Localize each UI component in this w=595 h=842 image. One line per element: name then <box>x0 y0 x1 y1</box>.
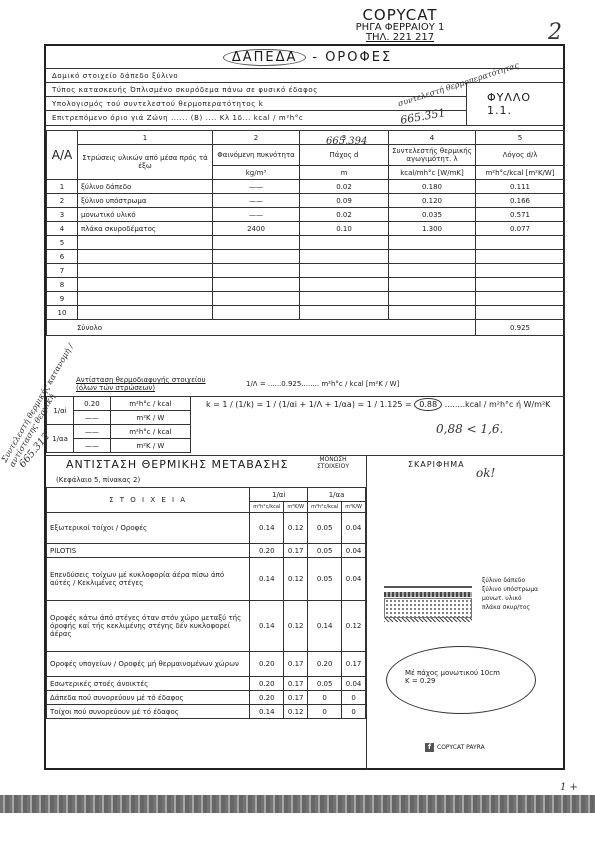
cell-a: 0.20 <box>250 677 284 691</box>
unit-density: kg/m³ <box>213 166 300 180</box>
alpha-cell: m²h°c / kcal <box>110 397 190 411</box>
table-row: 4πλάκα σκυροδέματος24000.101.3000.077 <box>47 222 565 236</box>
header-ratio: Λόγος d/λ <box>476 145 565 166</box>
form-title: ΔΑΠΕΔΑ - ΟΡΟΦΕΣ <box>46 46 563 69</box>
group-aa: 1/αa <box>308 488 366 502</box>
form-frame: ΔΑΠΕΔΑ - ΟΡΟΦΕΣ Δομικό στοιχείο δάπεδο ξ… <box>44 44 565 770</box>
transfer-col-header: Σ Τ Ο Ι Χ Ε Ι Α <box>47 488 250 513</box>
table-row: 10 <box>47 306 565 320</box>
cell-material: πλάκα σκυροδέματος <box>78 222 213 236</box>
cell-b: 0.12 <box>284 601 308 652</box>
cell-n: 5 <box>47 236 78 250</box>
ok-note: ok! <box>476 466 495 480</box>
cell-c: 0.05 <box>308 677 342 691</box>
cell-lambda: 0.180 <box>389 180 476 194</box>
alpha-row: 1/αi0.20m²h°c / kcal <box>47 397 191 411</box>
unit: m²h°c/kcal <box>250 502 284 513</box>
cell-lambda: 0.035 <box>389 208 476 222</box>
alpha-cell: m²K / W <box>110 411 190 425</box>
cell-lambda <box>389 278 476 292</box>
cell-label: Εσωτερικές στοές άνοικτές <box>47 677 250 691</box>
cell-density <box>213 292 300 306</box>
sheet-box: ΦΥΛΛΟ 1.1. <box>466 83 565 126</box>
header-thickness: Πάχος d <box>300 145 389 166</box>
cell-n: 7 <box>47 264 78 278</box>
cell-density <box>213 236 300 250</box>
transfer-row: Εξωτερικοί τοίχοι / Οροφές0.140.120.050.… <box>47 513 366 544</box>
cell-b: 0.17 <box>284 677 308 691</box>
cell-d <box>300 278 389 292</box>
transfer-row: Οροφές υπογείων / Οροφές μή θερμαινομένω… <box>47 652 366 677</box>
annotation-ref2: 665.394 <box>326 136 367 147</box>
cell-density <box>213 264 300 278</box>
table-row: 2ξύλινο υπόστρωμα——0.090.1200.166 <box>47 194 565 208</box>
cell-b: 0.17 <box>284 652 308 677</box>
alpha-cell: —— <box>74 425 111 439</box>
sketch-note: Μέ πάχος μονωτικού 10cm K = 0.29 <box>386 646 536 714</box>
alpha-cell: —— <box>74 411 111 425</box>
cell-a: 0.14 <box>250 705 284 719</box>
cell-density <box>213 250 300 264</box>
cell-d: 0.04 <box>342 544 366 558</box>
unit: m²h°c/kcal <box>308 502 342 513</box>
cell-n: 10 <box>47 306 78 320</box>
resistance-label: Αντίσταση θερμοδιαφυγής στοιχείου (όλων … <box>76 376 226 392</box>
alpha-table: 1/αi0.20m²h°c / kcal——m²K / W1/αa——m²h°c… <box>46 396 191 453</box>
cell-d: 0.02 <box>300 208 389 222</box>
cell-lambda <box>389 236 476 250</box>
cell-a: 0.20 <box>250 652 284 677</box>
cell-ratio <box>476 292 565 306</box>
check-note: 0,88 < 1,6. <box>436 422 503 436</box>
k-result: 0.88 <box>414 398 442 411</box>
cell-label: Οροφές υπογείων / Οροφές μή θερμαινομένω… <box>47 652 250 677</box>
table-row: 7 <box>47 264 565 278</box>
cell-a: 0.20 <box>250 691 284 705</box>
cell-d: 0.04 <box>342 677 366 691</box>
table-row: 3μονωτικό υλικό——0.020.0350.571 <box>47 208 565 222</box>
cell-material <box>78 278 213 292</box>
cell-label: PILOTIS <box>47 544 250 558</box>
cell-d <box>300 264 389 278</box>
cell-b: 0.12 <box>284 513 308 544</box>
title-circled: ΔΑΠΕΔΑ <box>223 49 307 66</box>
copycat-stamp: COPYCAT ΡΗΓΑ ΦΕΡΡΑΙΟΥ 1 ΤΗΛ. 221 217 <box>340 8 460 43</box>
cell-lambda <box>389 292 476 306</box>
layers-table: Α/Α 1 2 3 4 5 Στρώσεις υλικών από μέσα π… <box>46 130 565 336</box>
sketch-drawing <box>384 586 472 622</box>
cell-ratio <box>476 264 565 278</box>
transfer-title: ΑΝΤΙΣΤΑΣΗ ΘΕΡΜΙΚΗΣ ΜΕΤΑΒΑΣΗΣ <box>66 458 288 471</box>
cell-c: 0 <box>308 691 342 705</box>
cell-label: Εξωτερικοί τοίχοι / Οροφές <box>47 513 250 544</box>
table-row: 5 <box>47 236 565 250</box>
cell-lambda <box>389 306 476 320</box>
alpha-row: 1/αa——m²h°c / kcal <box>47 425 191 439</box>
cell-density <box>213 306 300 320</box>
header-density: Φαινόμενη πυκνότητα <box>213 145 300 166</box>
cell-a: 0.14 <box>250 558 284 601</box>
cell-a: 0.14 <box>250 601 284 652</box>
cell-ratio: 0.111 <box>476 180 565 194</box>
cell-material: ξύλινο υπόστρωμα <box>78 194 213 208</box>
footer-brand-text: COPYCAT PAYRA <box>437 744 485 751</box>
col-num: 1 <box>78 131 213 145</box>
divider <box>366 455 367 770</box>
cell-density: —— <box>213 208 300 222</box>
cell-n: 2 <box>47 194 78 208</box>
cell-d: 0 <box>342 691 366 705</box>
footer-brand: f COPYCAT PAYRA <box>425 743 485 752</box>
title-rest: - ΟΡΟΦΕΣ <box>312 50 392 65</box>
cell-d: 0.02 <box>300 180 389 194</box>
cell-density: —— <box>213 180 300 194</box>
cell-label: Τοίχοι πού συνορεύουν μέ τό έδαφος <box>47 705 250 719</box>
cell-d: 0.09 <box>300 194 389 208</box>
group-ai: 1/αi <box>250 488 308 502</box>
col-num: 2 <box>213 131 300 145</box>
cell-material: ξύλινο δάπεδο <box>78 180 213 194</box>
k-formula: k = 1 / (1/k) = 1 / (1/αi + 1/Λ + 1/αa) … <box>206 400 550 409</box>
total-label: Σύνολο <box>47 320 476 336</box>
unit: m²K/W <box>342 502 366 513</box>
cell-d: 0.04 <box>342 558 366 601</box>
transfer-row: Οροφές κάτω άπό στέγες όταν στόν χώρο με… <box>47 601 366 652</box>
cell-material <box>78 292 213 306</box>
table-row: 1ξύλινο δάπεδο——0.020.1800.111 <box>47 180 565 194</box>
construction-row: Τύπος κατασκευής Όπλισμένο σκυρόδεμα πάν… <box>46 83 466 97</box>
cell-ratio <box>476 250 565 264</box>
cell-c: 0.05 <box>308 544 342 558</box>
note-line: Μέ πάχος μονωτικού 10cm <box>405 669 535 677</box>
table-row: 8 <box>47 278 565 292</box>
cell-c: 0.20 <box>308 652 342 677</box>
sketch-label: ξύλινο υπόστρωμα <box>482 585 538 594</box>
cell-d <box>300 292 389 306</box>
cell-n: 1 <box>47 180 78 194</box>
unit-lambda: kcal/mh°c [W/mK] <box>389 166 476 180</box>
cell-lambda: 1.300 <box>389 222 476 236</box>
cell-lambda <box>389 250 476 264</box>
sketch-label: ξύλινο δάπεδο <box>482 576 538 585</box>
header-lambda: Συντελεστής θερμικής αγωγιμότητ. λ <box>389 145 476 166</box>
cell-ratio <box>476 278 565 292</box>
sheet-number: 1.1. <box>487 104 565 117</box>
unit-thickness: m <box>300 166 389 180</box>
scan-artifact <box>0 795 595 813</box>
cell-d: 0.10 <box>300 222 389 236</box>
cell-ratio <box>476 306 565 320</box>
alpha-cell: m²h°c / kcal <box>110 425 190 439</box>
cell-density <box>213 278 300 292</box>
divider <box>46 455 565 456</box>
cell-material: μονωτικό υλικό <box>78 208 213 222</box>
cell-n: 9 <box>47 292 78 306</box>
stamp-phone: ΤΗΛ. 221 217 <box>340 33 460 43</box>
total-value: 0.925 <box>476 320 565 336</box>
sketch-title: ΣΚΑΡΙΦΗΜΑ <box>408 460 465 469</box>
cell-d: 0 <box>342 705 366 719</box>
stamp-brand: COPYCAT <box>340 8 460 23</box>
cell-n: 6 <box>47 250 78 264</box>
resistance-formula: 1/Λ = ......0.925........ m²h°c / kcal [… <box>246 380 399 388</box>
cell-d: 0.17 <box>342 652 366 677</box>
cell-label: Δάπεδα πού συνορεύουν μέ τό έδαφος <box>47 691 250 705</box>
cell-ratio: 0.077 <box>476 222 565 236</box>
sketch-label: πλάκα σκυρ/τος <box>482 603 538 612</box>
cell-n: 3 <box>47 208 78 222</box>
col-num: 4 <box>389 131 476 145</box>
cell-d: 0.12 <box>342 601 366 652</box>
cell-n: 4 <box>47 222 78 236</box>
cell-d <box>300 250 389 264</box>
cell-c: 0 <box>308 705 342 719</box>
sheet-label: ΦΥΛΛΟ <box>487 91 565 104</box>
header-material: Στρώσεις υλικών από μέσα πρός τά έξω <box>78 145 213 180</box>
cell-ratio: 0.166 <box>476 194 565 208</box>
cell-label: Επενδύσεις τοίχων μέ κυκλοφορία άέρα πίσ… <box>47 558 250 601</box>
cell-c: 0.05 <box>308 513 342 544</box>
transfer-ref: (Κεφάλαιο 5, πίνακας 2) <box>56 476 140 484</box>
col-num: 5 <box>476 131 565 145</box>
page-mark: 1 + <box>560 782 578 793</box>
cell-n: 8 <box>47 278 78 292</box>
cell-label: Οροφές κάτω άπό στέγες όταν στόν χώρο με… <box>47 601 250 652</box>
cell-c: 0.14 <box>308 601 342 652</box>
sketch-labels: ξύλινο δάπεδο ξύλινο υπόστρωμα μονωτ. υλ… <box>482 576 538 612</box>
cell-c: 0.05 <box>308 558 342 601</box>
transfer-row: Δάπεδα πού συνορεύουν μέ τό έδαφος0.200.… <box>47 691 366 705</box>
cell-ratio <box>476 236 565 250</box>
cell-density: —— <box>213 194 300 208</box>
cell-material <box>78 250 213 264</box>
cell-a: 0.14 <box>250 513 284 544</box>
corner-mark: 2 <box>548 20 562 45</box>
sketch-label: μονωτ. υλικό <box>482 594 538 603</box>
transfer-table: Σ Τ Ο Ι Χ Ε Ι Α 1/αi 1/αa m²h°c/kcal m²K… <box>46 487 366 719</box>
transfer-row: Εσωτερικές στοές άνοικτές0.200.170.050.0… <box>47 677 366 691</box>
unit-ratio: m²h°c/kcal [m²K/W] <box>476 166 565 180</box>
transfer-row: Επενδύσεις τοίχων μέ κυκλοφορία άέρα πίσ… <box>47 558 366 601</box>
cell-lambda <box>389 264 476 278</box>
k-unit: ........kcal / m²h°c ή W/m²K <box>445 400 551 409</box>
table-row: 6 <box>47 250 565 264</box>
alpha-cell: m²K / W <box>110 439 190 453</box>
cell-d: 0.04 <box>342 513 366 544</box>
table-row: 9 <box>47 292 565 306</box>
note-line: K = 0.29 <box>405 677 535 685</box>
alpha-cell: —— <box>74 439 111 453</box>
transfer-row: PILOTIS0.200.170.050.04 <box>47 544 366 558</box>
cell-d <box>300 306 389 320</box>
cell-density: 2400 <box>213 222 300 236</box>
alpha-cell: 0.20 <box>74 397 111 411</box>
k-formula-text: k = 1 / (1/k) = 1 / (1/αi + 1/Λ + 1/αa) … <box>206 400 412 409</box>
cell-lambda: 0.120 <box>389 194 476 208</box>
aa-header: Α/Α <box>47 131 78 180</box>
cell-a: 0.20 <box>250 544 284 558</box>
cell-ratio: 0.571 <box>476 208 565 222</box>
cell-b: 0.17 <box>284 544 308 558</box>
facebook-icon: f <box>425 743 434 752</box>
cell-b: 0.12 <box>284 705 308 719</box>
resistance-row: Αντίσταση θερμοδιαφυγής στοιχείου (όλων … <box>76 373 556 395</box>
transfer-row: Τοίχοι πού συνορεύουν μέ τό έδαφος0.140.… <box>47 705 366 719</box>
cell-material <box>78 264 213 278</box>
cell-material <box>78 236 213 250</box>
transfer-subtitle: ΜΟΝΩΣΗ ΣΤΟΙΧΕΙΟΥ <box>308 456 358 470</box>
unit: m²K/W <box>284 502 308 513</box>
cell-b: 0.12 <box>284 558 308 601</box>
cell-b: 0.17 <box>284 691 308 705</box>
cell-d <box>300 236 389 250</box>
cell-material <box>78 306 213 320</box>
